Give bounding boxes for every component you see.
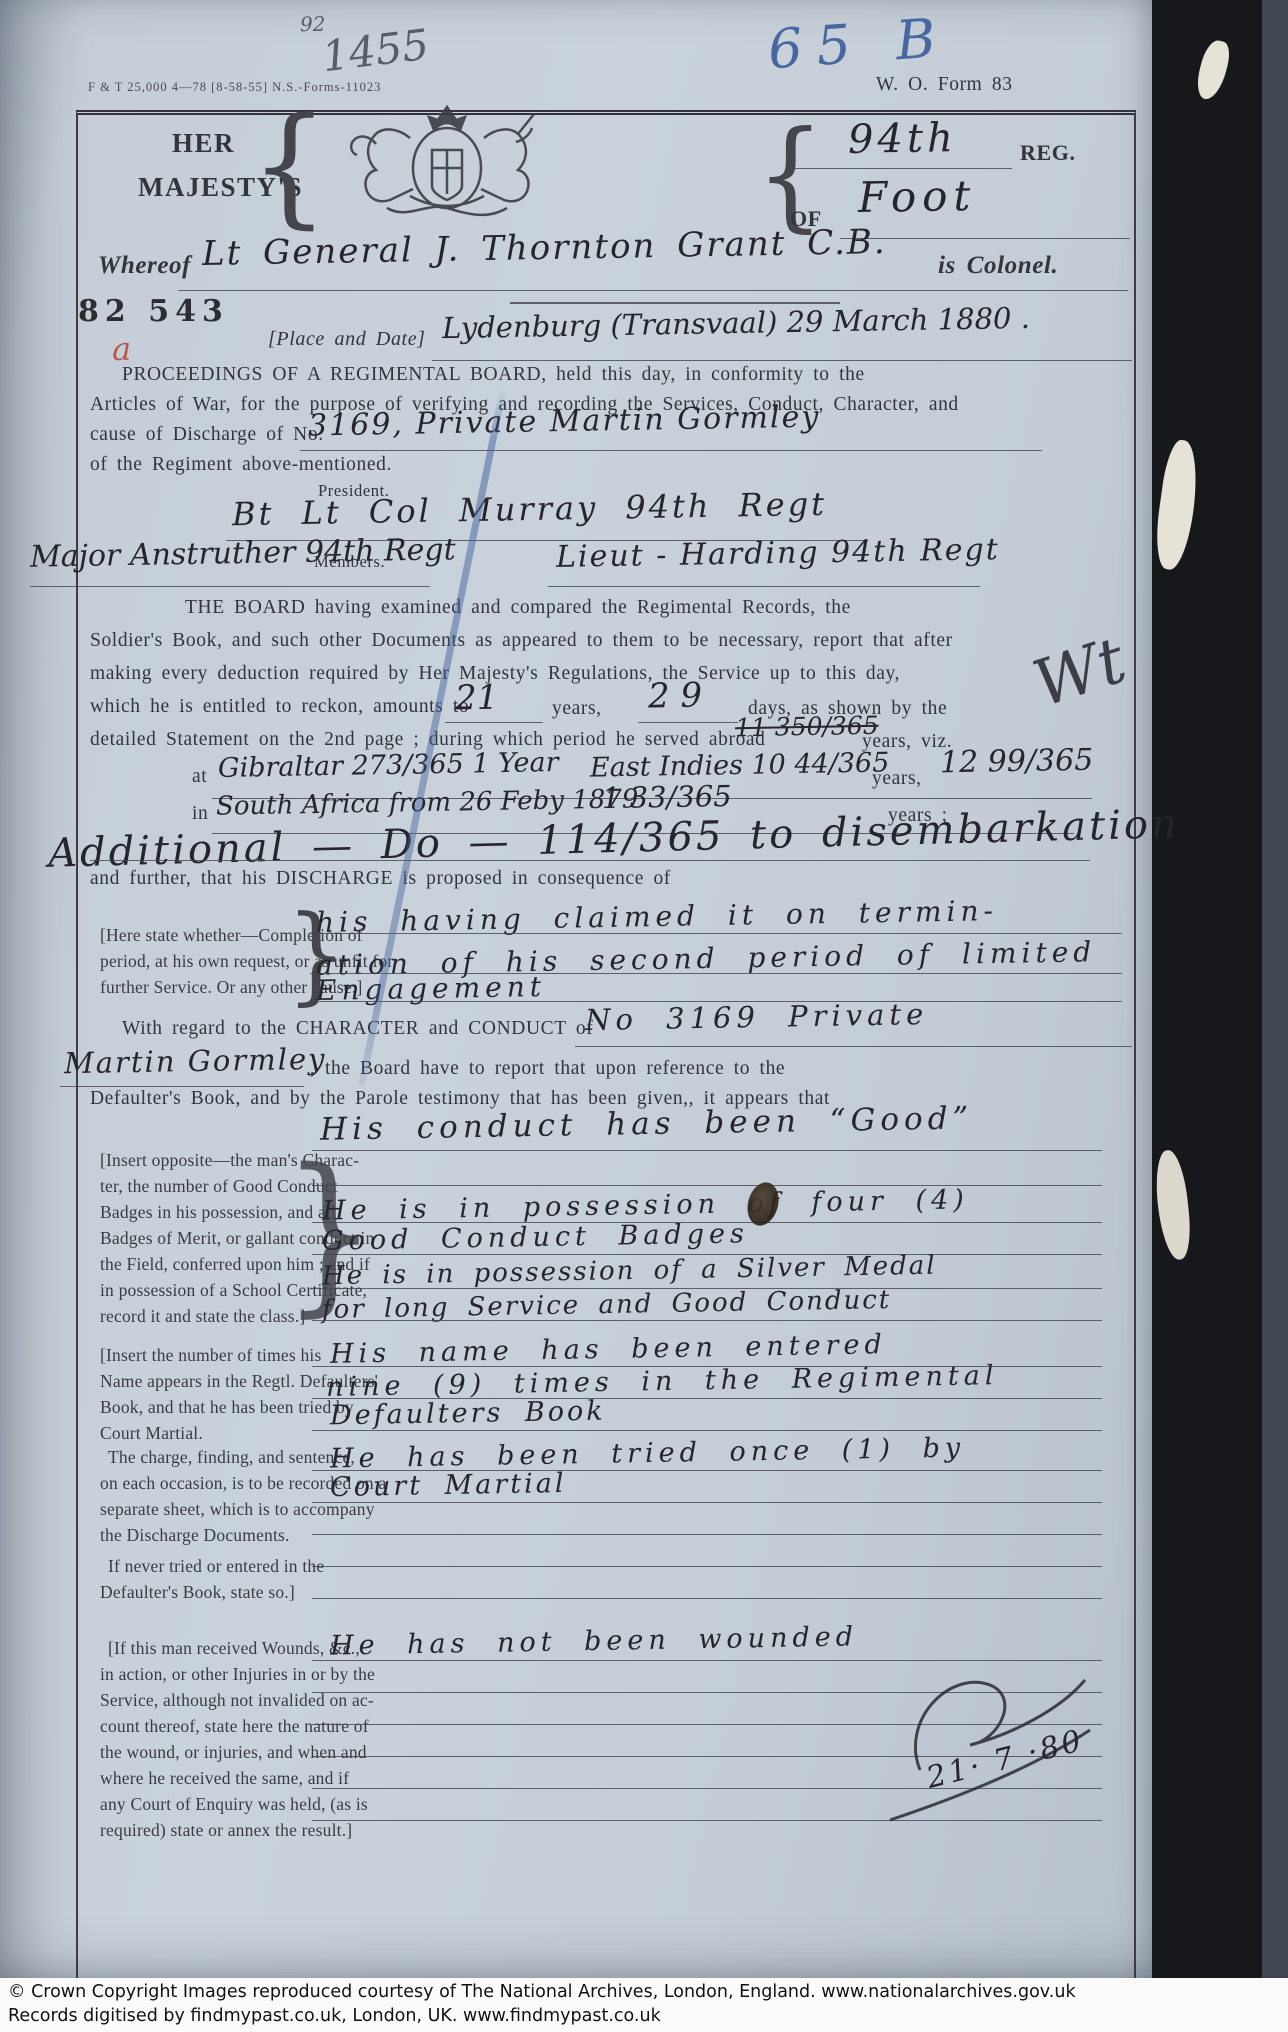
abroad-gibraltar-handwritten: Gibraltar 273/365 1 Year — [218, 747, 559, 784]
proceedings-line-3: cause of Discharge of No. — [90, 424, 324, 446]
adjacent-page-edge — [1262, 0, 1288, 1978]
is-colonel-label: is Colonel. — [938, 252, 1058, 280]
character-soldier-name-handwritten: Martin Gormley — [64, 1042, 327, 1081]
place-and-date-label: [Place and Date] — [268, 328, 426, 351]
member-left-handwritten: Major Anstruther 94th Regt — [30, 532, 456, 574]
charge-note-line: the Discharge Documents. — [100, 1525, 290, 1546]
member-left-rule — [30, 586, 430, 587]
reg-label: REG. — [1020, 140, 1076, 166]
wounds-note-line: in action, or other Injuries in or by th… — [100, 1664, 375, 1685]
royal-coat-of-arms-crest — [292, 98, 602, 226]
printers-code: F & T 25,000 4—78 [8-58-55] N.S.-Forms-1… — [88, 80, 381, 95]
short-rule — [510, 302, 840, 304]
defaulters-rule — [312, 1430, 1102, 1431]
charge-answer-handwritten: Court Martial — [330, 1468, 567, 1503]
proceedings-line-4: of the Regiment above-mentioned. — [90, 454, 392, 476]
cause-rule — [310, 933, 1122, 934]
conduct-rule — [312, 1185, 1102, 1186]
abroad-east-indies-handwritten: East Indies 10 44/365 — [590, 747, 890, 783]
charge-rule — [312, 1502, 1102, 1503]
wounds-note-line: the wound, or injuries, and when and — [100, 1742, 367, 1763]
header-her: HER — [172, 128, 235, 159]
board-line-4: which he is entitled to reckon, amounts … — [90, 696, 469, 718]
character-name-rule — [60, 1086, 304, 1087]
wounds-note-line: [If this man received Wounds, &c., — [108, 1638, 360, 1659]
registry-number-stamp: 82 543 — [78, 294, 229, 329]
member-right-rule — [548, 586, 980, 587]
conduct-rule — [312, 1320, 1102, 1321]
crown-copyright-line: © Crown Copyright Images reproduced cour… — [8, 1982, 1076, 2002]
red-ink-mark: a — [112, 330, 132, 368]
proceedings-line-1: PROCEEDINGS OF A REGIMENTAL BOARD, held … — [122, 364, 865, 386]
abroad-struck-handwritten: 11 350/365 — [735, 711, 879, 743]
never-tried-note-line: Defaulter's Book, state so.] — [100, 1582, 295, 1603]
blank-rule — [312, 1534, 1102, 1535]
wounds-note-line: any Court of Enquiry was held, (as is — [100, 1794, 368, 1815]
character-intro-prefix: With regard to the CHARACTER and CONDUCT… — [122, 1018, 593, 1040]
colonel-rule — [178, 290, 1128, 291]
conduct-rule — [312, 1150, 1102, 1151]
at-label: at — [192, 766, 207, 788]
never-tried-note-line: If never tried or entered in the — [108, 1556, 324, 1577]
abroad-sa-fraction-handwritten: 1 33/365 — [602, 779, 732, 815]
board-line-1: THE BOARD having examined and compared t… — [185, 597, 851, 619]
wounds-note-line: count thereof, state here the nature of — [100, 1716, 369, 1737]
additional-rule — [90, 860, 1090, 861]
whereof-label: Whereof — [98, 252, 191, 280]
days-value-handwritten: 2 9 — [648, 676, 703, 717]
defaulters-answer-handwritten: Defaulters Book — [330, 1396, 606, 1432]
days-rule — [638, 722, 738, 723]
character-soldier-number-handwritten: No 3169 Private — [585, 997, 929, 1037]
years-label: years, — [552, 698, 602, 720]
wounds-note-line: Service, although not invalided on ac- — [100, 1690, 374, 1711]
defaulters-note-line: [Insert the number of times his — [100, 1345, 322, 1366]
place-date-rule — [432, 360, 1132, 361]
blank-rule — [312, 1598, 1102, 1599]
regiment-rule — [790, 168, 1012, 169]
years-rule — [445, 722, 543, 723]
discharge-intro-line: and further, that his DISCHARGE is propo… — [90, 868, 671, 890]
wounds-note-line: required) state or annex the result.] — [100, 1820, 352, 1841]
form-number-label: W. O. Form 83 — [876, 74, 1013, 96]
abroad-total-handwritten: 12 99/365 — [940, 743, 1094, 781]
in-label: in — [192, 803, 208, 825]
years-value-handwritten: 21 — [455, 678, 499, 719]
findmypast-credit-line: Records digitised by findmypast.co.uk, L… — [8, 2006, 661, 2026]
blank-rule — [312, 1566, 1102, 1567]
board-line-2: Soldier's Book, and such other Documents… — [90, 630, 953, 652]
conduct-note-line: record it and state the class.] — [100, 1306, 305, 1327]
character-intro-rule — [575, 1046, 1132, 1047]
defaulters-note-line: Book, and that he has been tried by — [100, 1397, 354, 1418]
regiment-type-handwritten: Foot — [858, 171, 977, 222]
regiment-number-handwritten: 94th — [848, 115, 958, 163]
at-years-label: years, — [872, 768, 922, 790]
character-intro-line-2: , the Board have to report that upon ref… — [310, 1058, 785, 1080]
scanned-document-page: F & T 25,000 4—78 [8-58-55] N.S.-Forms-1… — [0, 0, 1288, 2032]
defaulters-note-line: Court Martial. — [100, 1423, 203, 1444]
soldier-name-rule — [300, 450, 1042, 451]
blue-ink-reference-number: 65 B — [766, 6, 952, 82]
charge-note-line: The charge, finding, and sentence, — [108, 1447, 355, 1468]
wounds-note-line: where he received the same, and if — [100, 1768, 349, 1789]
